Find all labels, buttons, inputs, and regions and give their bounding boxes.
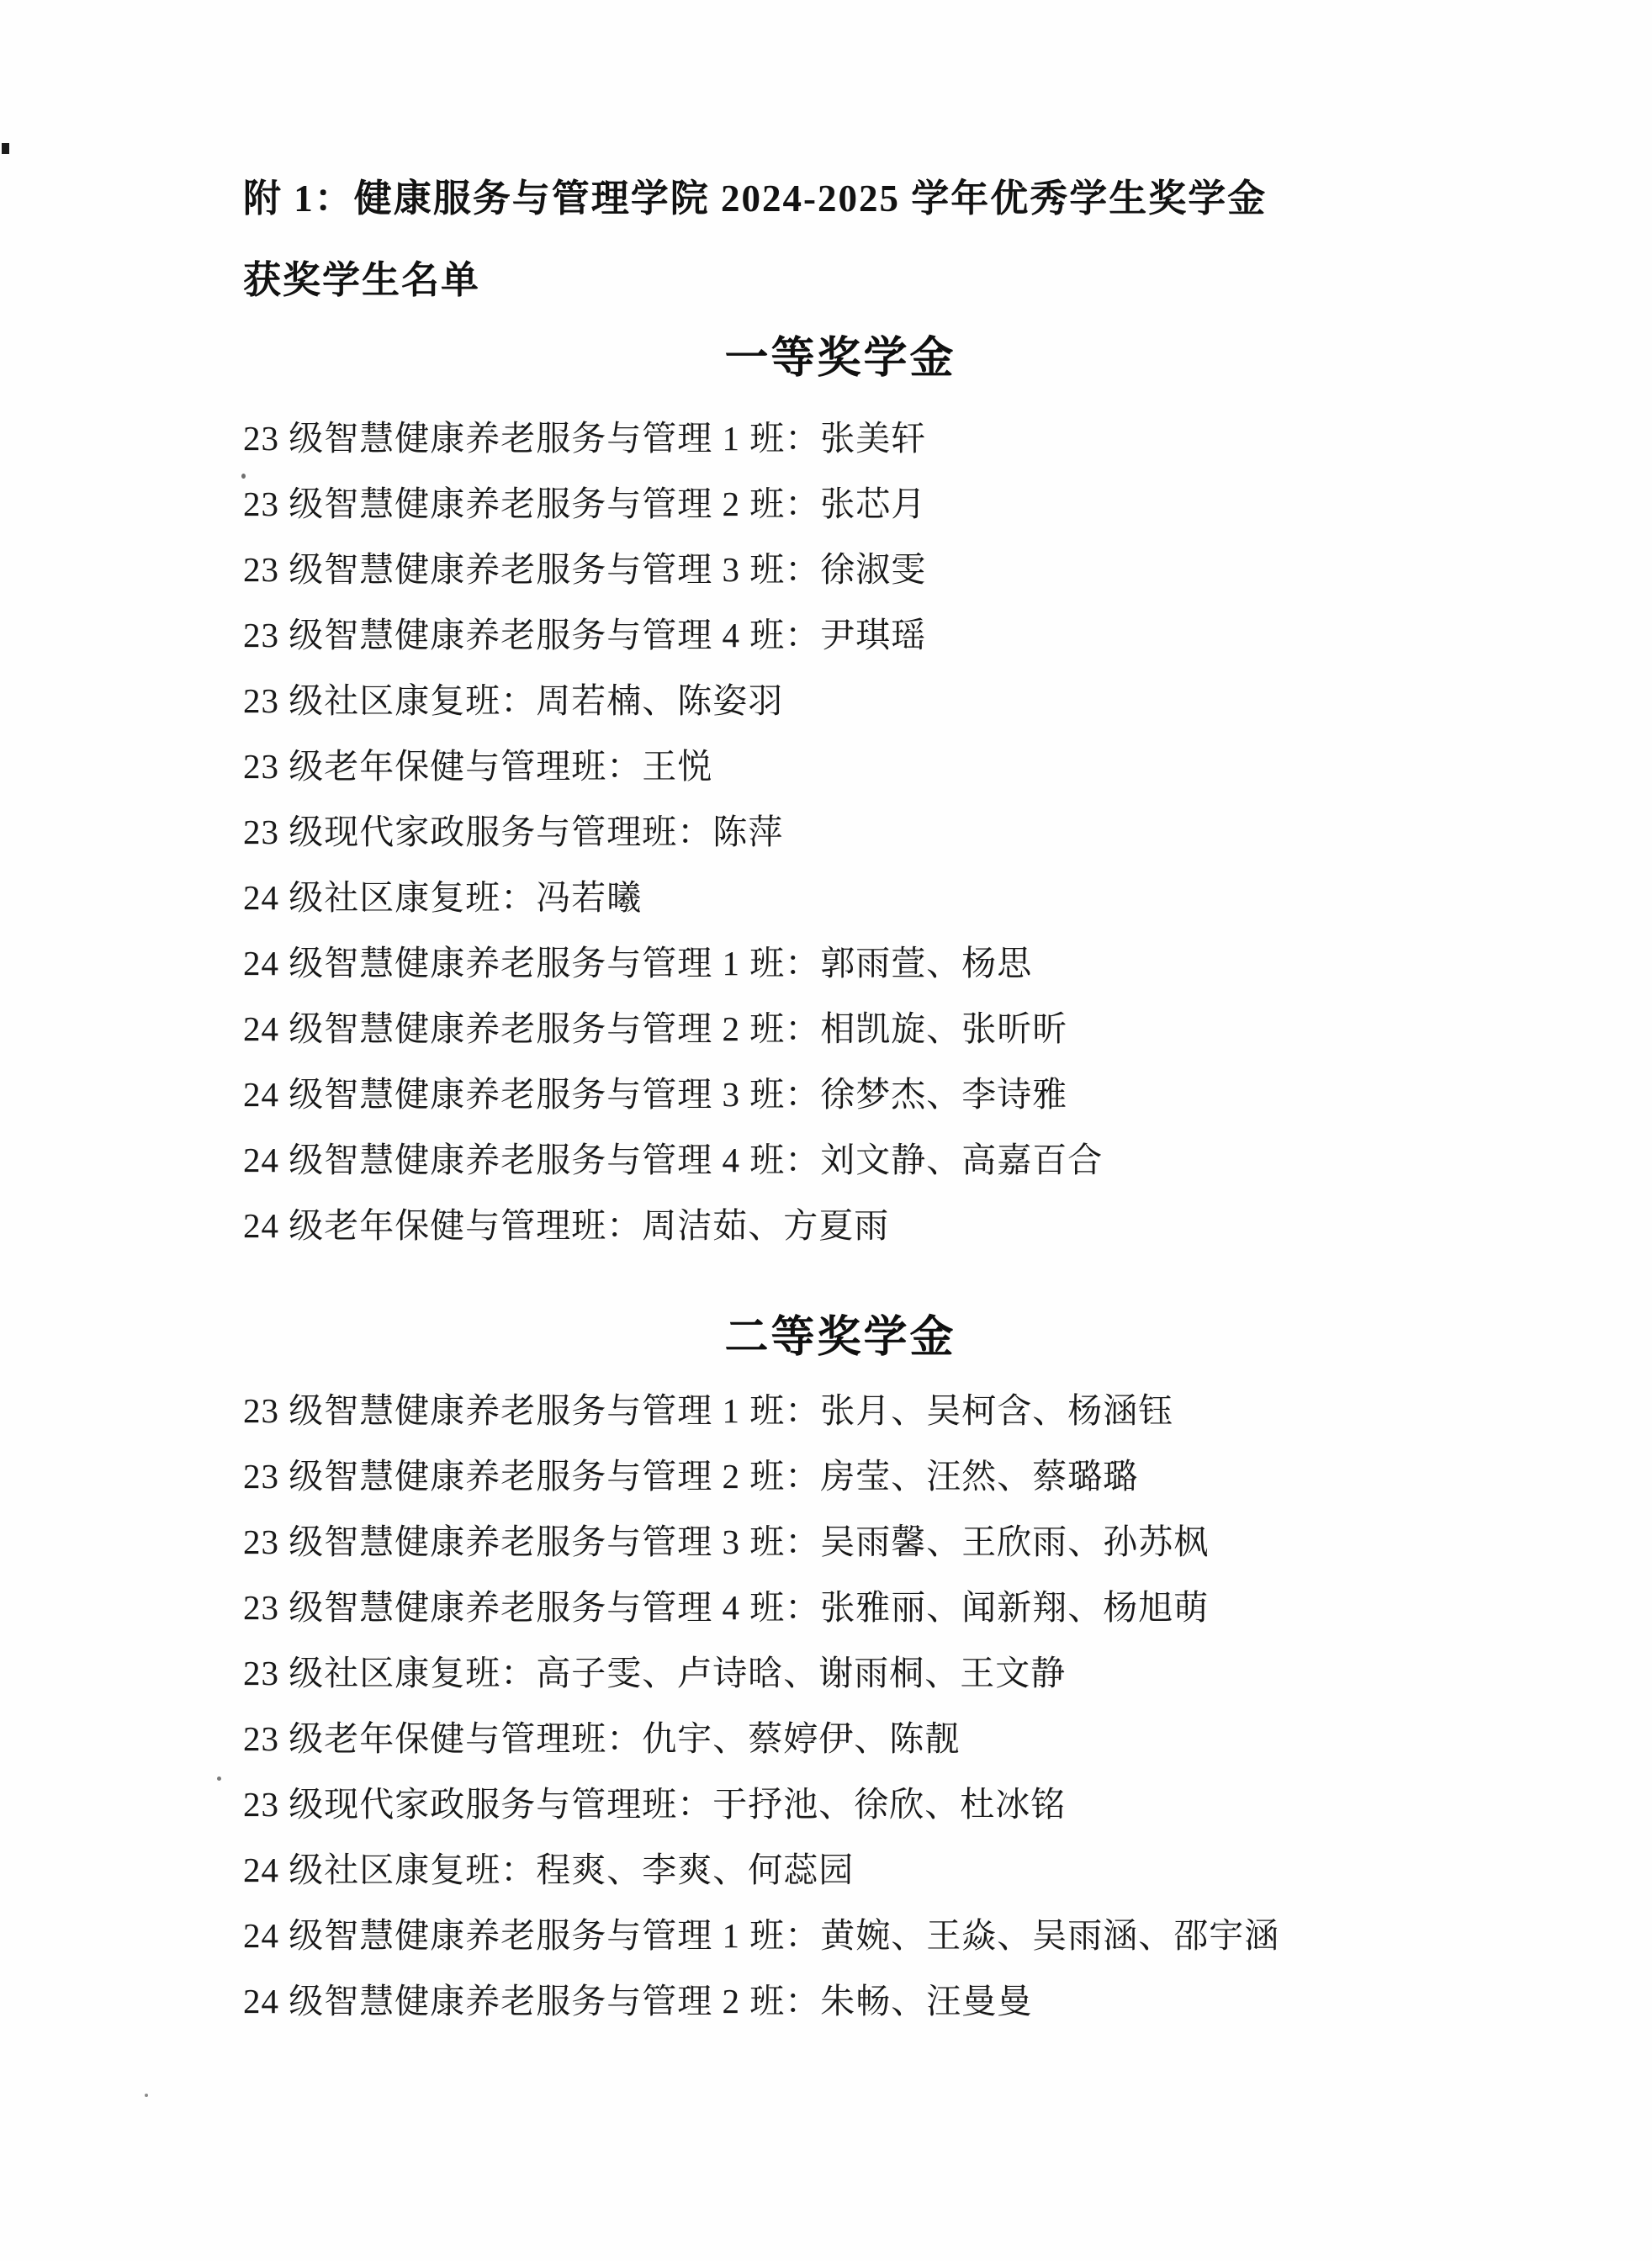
award-list-item: 23 级智慧健康养老服务与管理 2 班：张芯月 (243, 471, 1438, 537)
award-list-item: 23 级智慧健康养老服务与管理 4 班：尹琪瑶 (243, 602, 1438, 668)
award-list-item: 23 级智慧健康养老服务与管理 1 班：张美轩 (243, 405, 1438, 471)
award-list-item: 24 级智慧健康养老服务与管理 1 班：黄婉、王焱、吴雨涵、邵宇涵 (243, 1903, 1438, 1968)
second-class-award-list: 23 级智慧健康养老服务与管理 1 班：张月、吴柯含、杨涵钰 23 级智慧健康养… (243, 1378, 1438, 2034)
award-list-item: 24 级智慧健康养老服务与管理 4 班：刘文静、高嘉百合 (243, 1127, 1438, 1193)
award-list-item: 23 级社区康复班：周若楠、陈姿羽 (243, 668, 1438, 733)
document-page: 附 1：健康服务与管理学院 2024-2025 学年优秀学生奖学金 获奖学生名单… (0, 0, 1652, 2261)
document-title: 附 1：健康服务与管理学院 2024-2025 学年优秀学生奖学金 获奖学生名单 (243, 158, 1438, 321)
scan-artifact (217, 1776, 221, 1781)
award-list-item: 23 级现代家政服务与管理班：陈萍 (243, 799, 1438, 865)
award-list-item: 24 级社区康复班：冯若曦 (243, 865, 1438, 930)
award-list-item: 23 级老年保健与管理班：仇宇、蔡婷伊、陈靓 (243, 1706, 1438, 1771)
award-list-item: 23 级智慧健康养老服务与管理 2 班：房莹、汪然、蔡璐璐 (243, 1443, 1438, 1509)
award-list-item: 24 级智慧健康养老服务与管理 2 班：朱畅、汪曼曼 (243, 1968, 1438, 2034)
section-heading-second-class: 二等奖学金 (243, 1304, 1438, 1371)
award-list-item: 24 级老年保健与管理班：周洁茹、方夏雨 (243, 1193, 1438, 1258)
award-list-item: 23 级智慧健康养老服务与管理 3 班：吴雨馨、王欣雨、孙苏枫 (243, 1509, 1438, 1575)
title-line-2: 获奖学生名单 (243, 240, 1438, 321)
section-heading-first-class: 一等奖学金 (243, 325, 1438, 392)
award-list-item: 24 级智慧健康养老服务与管理 1 班：郭雨萱、杨思 (243, 930, 1438, 996)
award-list-item: 23 级智慧健康养老服务与管理 3 班：徐淑雯 (243, 537, 1438, 602)
award-list-item: 24 级智慧健康养老服务与管理 2 班：相凯旋、张昕昕 (243, 996, 1438, 1062)
award-list-item: 23 级老年保健与管理班：王悦 (243, 733, 1438, 799)
scan-artifact (145, 2094, 148, 2097)
first-class-award-list: 23 级智慧健康养老服务与管理 1 班：张美轩 23 级智慧健康养老服务与管理 … (243, 405, 1438, 1258)
document-content: 附 1：健康服务与管理学院 2024-2025 学年优秀学生奖学金 获奖学生名单… (243, 0, 1438, 2034)
award-list-item: 24 级社区康复班：程爽、李爽、何蕊园 (243, 1837, 1438, 1903)
award-list-item: 23 级社区康复班：高子雯、卢诗晗、谢雨桐、王文静 (243, 1640, 1438, 1706)
award-list-item: 23 级智慧健康养老服务与管理 1 班：张月、吴柯含、杨涵钰 (243, 1378, 1438, 1443)
title-line-1: 附 1：健康服务与管理学院 2024-2025 学年优秀学生奖学金 (243, 158, 1438, 240)
award-list-item: 23 级现代家政服务与管理班：于抒池、徐欣、杜冰铭 (243, 1771, 1438, 1837)
scan-artifact (2, 143, 9, 154)
award-list-item: 23 级智慧健康养老服务与管理 4 班：张雅丽、闻新翔、杨旭萌 (243, 1575, 1438, 1640)
award-list-item: 24 级智慧健康养老服务与管理 3 班：徐梦杰、李诗雅 (243, 1062, 1438, 1127)
